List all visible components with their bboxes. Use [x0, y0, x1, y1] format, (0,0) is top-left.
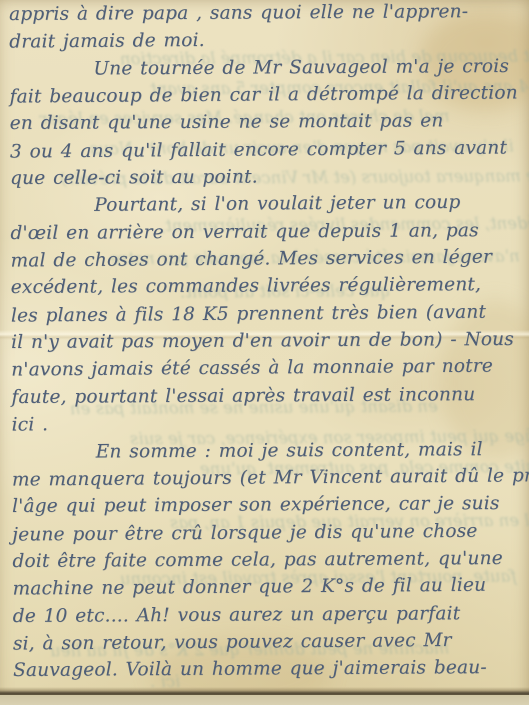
letter-line-9: d'œil en arrière on verrait que depuis 1… [10, 217, 527, 248]
letter-line-17: En somme : moi je suis content, mais il [12, 435, 529, 466]
letter-line-20: jeune pour être crû lorsque je dis qu'un… [12, 517, 529, 549]
letter-line-6: 3 ou 4 ans qu'il fallait encore compter … [10, 134, 527, 166]
letter-line-4: fait beaucoup de bien car il a détrompé … [9, 79, 526, 111]
letter-line-19: l'âge qui peut imposer son expérience, c… [12, 490, 529, 521]
letter-line-7: que celle-ci soit au point. [10, 162, 527, 193]
letter-page: fait beaucoup de bien car il a détrompé … [0, 0, 529, 705]
letter-line-15: faute, pourtant l'essai après travail es… [11, 381, 528, 412]
letter-line-25: Sauvageol. Voilà un homme que j'aimerais… [13, 654, 529, 685]
letter-line-3: Une tournée de Mr Sauvageol m'a je crois [9, 53, 526, 84]
letter-line-12: les planes à fils 18 K5 prennent très bi… [11, 298, 528, 330]
letter-line-24: si, à son retour, vous pouvez causer ave… [13, 626, 529, 658]
background-below-page [0, 695, 529, 705]
letter-line-5: en disant qu'une usine ne se montait pas… [10, 107, 527, 138]
letter-line-10: mal de choses ont changé. Mes services e… [10, 243, 527, 275]
letter-line-21: doit être faite comme cela, pas autremen… [12, 545, 529, 576]
letter-line-18: me manquera toujours (et Mr Vincent aura… [12, 462, 529, 494]
letter-line-8: Pourtant, si l'on voulait jeter un coup [10, 189, 527, 221]
letter-line-16: ici . [11, 407, 528, 439]
letter-line-2: drait jamais de moi. [9, 25, 526, 57]
letter-line-23: de 10 etc.... Ah! vous aurez un aperçu p… [13, 599, 529, 630]
letter-line-14: n'avons jamais été cassés à la monnaie p… [11, 353, 528, 385]
letter-text: appris à dire papa , sans quoi elle ne l… [9, 0, 529, 685]
letter-line-22: machine ne peut donner que 2 K°s de fil … [12, 572, 529, 604]
letter-line-11: excédent, les commandes livrées régulièr… [11, 271, 528, 302]
letter-line-13: il n'y avait pas moyen d'en avoir un de … [11, 326, 528, 357]
